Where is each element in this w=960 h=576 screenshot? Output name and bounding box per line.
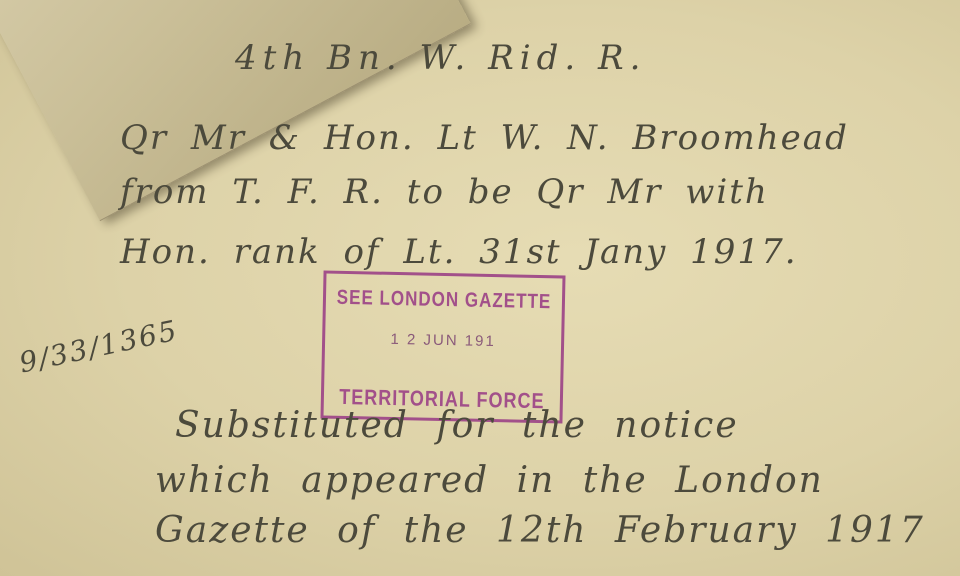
- note-line-2: which appeared in the London: [155, 460, 824, 501]
- entry-line-3: Hon. rank of Lt. 31st Jany 1917.: [120, 232, 798, 272]
- note-line-3: Gazette of the 12th February 1917: [155, 510, 925, 551]
- unit-heading: 4th Bn. W. Rid. R.: [235, 38, 646, 78]
- gazette-stamp: SEE LONDON GAZETTE 1 2 JUN 191 TERRITORI…: [320, 270, 565, 423]
- stamp-date: 1 2 JUN 191: [325, 330, 561, 352]
- entry-line-1: Qr Mr & Hon. Lt W. N. Broomhead: [120, 118, 849, 158]
- stamp-line-1: SEE LONDON GAZETTE: [326, 286, 562, 315]
- note-line-1: Substituted for the notice: [175, 405, 739, 446]
- entry-line-2: from T. F. R. to be Qr Mr with: [120, 172, 769, 212]
